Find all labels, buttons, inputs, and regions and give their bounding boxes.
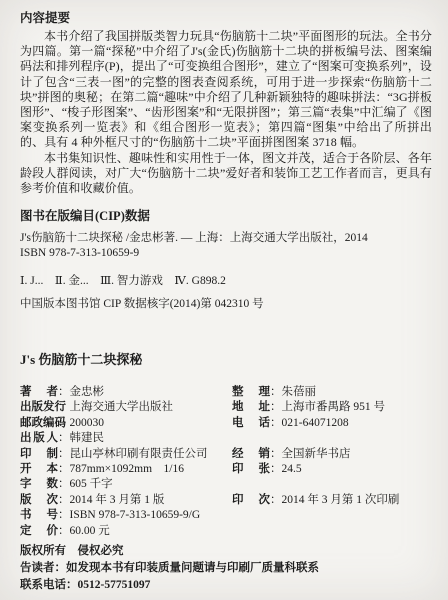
colophon-row-author: 著者：金忠彬 整理：朱蓓丽 — [20, 385, 440, 400]
colophon-cell: 出版人：韩建民 — [20, 431, 232, 446]
summary-paragraph-1: 本书介绍了我国拼版类智力玩具“伤脑筋十二块”平面图形的玩法。全书分为四篇。第一篇… — [20, 29, 432, 151]
reader-note: 告读者：如发现本书有印装质量问题请与印刷厂质量科联系 — [20, 560, 432, 577]
colophon-label: 经销 — [232, 447, 270, 462]
colophon-value: ：60.00 元 — [58, 525, 110, 537]
colophon-row-price: 定价：60.00 元 — [20, 524, 440, 539]
colophon-value: ：ISBN 978-7-313-10659-9/G — [58, 509, 200, 521]
book-copyright-page: 内容提要 本书介绍了我国拼版类智力玩具“伤脑筋十二块”平面图形的玩法。全书分为四… — [0, 0, 448, 600]
content-summary-section: 内容提要 本书介绍了我国拼版类智力玩具“伤脑筋十二块”平面图形的玩法。全书分为四… — [20, 11, 432, 196]
colophon-value: ：2014 年 3 月第 1 版 — [58, 494, 164, 506]
colophon-label: 著者 — [20, 385, 58, 400]
colophon-cell: 邮政编码：200030 — [20, 416, 232, 431]
colophon-cell: 印张：24.5 — [232, 462, 440, 477]
colophon-label: 版次 — [20, 493, 58, 508]
colophon-label: 字数 — [20, 477, 58, 492]
colophon-value: ：787mm×1092mm 1/16 — [58, 463, 184, 475]
colophon-value: ：上海交通大学出版社 — [58, 401, 173, 413]
colophon-value: ：全国新华书店 — [270, 448, 351, 460]
colophon-value: ：021-64071208 — [270, 417, 349, 429]
colophon-row-format: 开本：787mm×1092mm 1/16 印张：24.5 — [20, 462, 440, 477]
colophon-cell: 字数：605 千字 — [20, 477, 232, 492]
colophon-value: ：韩建民 — [58, 432, 104, 444]
colophon-row-postcode: 邮政编码：200030 电话：021-64071208 — [20, 416, 440, 431]
colophon-cell: 书号：ISBN 978-7-313-10659-9/G — [20, 508, 232, 523]
colophon-row-publisher-person: 出版人：韩建民 — [20, 431, 440, 446]
book-title: J's 伤脑筋十二块探秘 — [20, 352, 142, 368]
colophon-cell: 出版发行：上海交通大学出版社 — [20, 400, 232, 415]
colophon-cell — [232, 477, 440, 492]
colophon-cell: 印制：昆山亭林印刷有限责任公司 — [20, 447, 232, 462]
colophon-row-edition: 版次：2014 年 3 月第 1 版 印次：2014 年 3 月第 1 次印刷 — [20, 493, 440, 508]
contact-phone: 联系电话：0512-57751097 — [20, 577, 432, 594]
cip-registry-line: 中国版本图书馆 CIP 数据核字(2014)第 042310 号 — [20, 297, 432, 311]
colophon-cell: 电话：021-64071208 — [232, 416, 440, 431]
colophon-cell: 地址：上海市番禺路 951 号 — [232, 400, 440, 415]
colophon-section: 著者：金忠彬 整理：朱蓓丽 出版发行：上海交通大学出版社 地址：上海市番禺路 9… — [20, 385, 440, 539]
colophon-label: 印制 — [20, 447, 58, 462]
summary-paragraph-2: 本书集知识性、趣味性和实用性于一体，图文并茂，适合于各阶层、各年龄段人群阅读，对… — [20, 151, 432, 197]
colophon-label: 整理 — [232, 385, 270, 400]
colophon-cell — [232, 508, 440, 523]
colophon-row-publisher: 出版发行：上海交通大学出版社 地址：上海市番禺路 951 号 — [20, 400, 440, 415]
colophon-cell: 整理：朱蓓丽 — [232, 385, 440, 400]
colophon-cell: 版次：2014 年 3 月第 1 版 — [20, 493, 232, 508]
colophon-label: 书号 — [20, 508, 58, 523]
cip-data-section: 图书在版编目(CIP)数据 J's伤脑筋十二块探秘 /金忠彬著. — 上海：上海… — [20, 209, 432, 311]
colophon-cell: 定价：60.00 元 — [20, 524, 232, 539]
colophon-value: ：朱蓓丽 — [270, 386, 316, 398]
colophon-label: 开本 — [20, 462, 58, 477]
cip-isbn-line: ISBN 978-7-313-10659-9 — [20, 246, 432, 260]
colophon-label: 邮政编码 — [20, 416, 58, 431]
colophon-cell — [232, 524, 440, 539]
colophon-value: ：200030 — [58, 417, 104, 429]
cip-classification-line: Ⅰ. J... Ⅱ. 金... Ⅲ. 智力游戏 Ⅳ. G898.2 — [20, 274, 432, 288]
colophon-cell: 印次：2014 年 3 月第 1 次印刷 — [232, 493, 440, 508]
colophon-cell: 经销：全国新华书店 — [232, 447, 440, 462]
colophon-cell: 开本：787mm×1092mm 1/16 — [20, 462, 232, 477]
colophon-value: ：金忠彬 — [58, 386, 104, 398]
colophon-label: 出版发行 — [20, 400, 58, 415]
colophon-value: ：24.5 — [270, 463, 302, 475]
colophon-value: ：昆山亭林印刷有限责任公司 — [58, 448, 208, 460]
colophon-value: ：2014 年 3 月第 1 次印刷 — [270, 494, 399, 506]
colophon-row-isbn: 书号：ISBN 978-7-313-10659-9/G — [20, 508, 440, 523]
colophon-label: 出版人 — [20, 431, 58, 446]
colophon-label: 印张 — [232, 462, 270, 477]
colophon-row-printer: 印制：昆山亭林印刷有限责任公司 经销：全国新华书店 — [20, 447, 440, 462]
colophon-label: 印次 — [232, 493, 270, 508]
copyright-notices-section: 版权所有 侵权必究 告读者：如发现本书有印装质量问题请与印刷厂质量科联系 联系电… — [20, 543, 432, 594]
colophon-value: ：605 千字 — [58, 478, 113, 490]
cip-title-line: J's伤脑筋十二块探秘 /金忠彬著. — 上海：上海交通大学出版社，2014 — [20, 231, 432, 245]
colophon-label: 地址 — [232, 400, 270, 415]
colophon-value: ：上海市番禺路 951 号 — [270, 401, 385, 413]
colophon-label: 电话 — [232, 416, 270, 431]
summary-heading: 内容提要 — [20, 11, 432, 26]
rights-statement: 版权所有 侵权必究 — [20, 543, 432, 560]
colophon-label: 定价 — [20, 524, 58, 539]
colophon-row-wordcount: 字数：605 千字 — [20, 477, 440, 492]
colophon-cell: 著者：金忠彬 — [20, 385, 232, 400]
cip-heading: 图书在版编目(CIP)数据 — [20, 209, 432, 224]
colophon-cell — [232, 431, 440, 446]
